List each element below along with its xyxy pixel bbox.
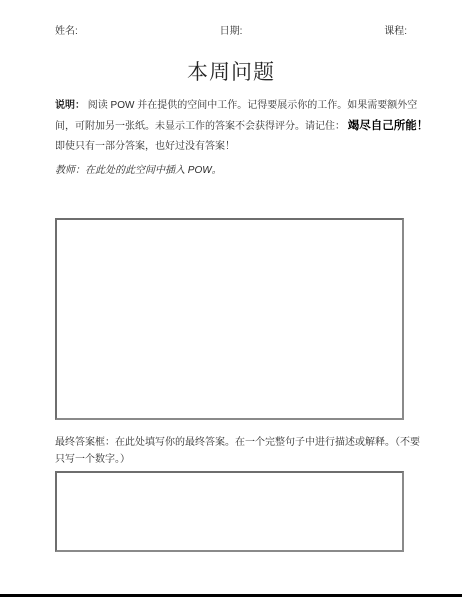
instructions-line-2: 间，可附加另一张纸。未显示工作的答案不会获得评分。请记住： 竭尽自己所能！: [55, 116, 407, 137]
instructions-line-1: 说明： 阅读 POW 并在提供的空间中工作。记得要展示你的工作。如果需要额外空: [55, 96, 407, 116]
emphasis-text: 竭尽自己所能！: [348, 120, 429, 132]
instructions-line-1-text: 阅读 POW 并在提供的空间中工作。记得要展示你的工作。如果需要额外空: [88, 100, 417, 111]
page-title: 本周问题: [55, 60, 407, 86]
instructions-paragraph: 说明： 阅读 POW 并在提供的空间中工作。记得要展示你的工作。如果需要额外空 …: [55, 96, 407, 157]
name-label: 姓名:: [55, 26, 78, 38]
header-row: 姓名: 日期: 课程:: [55, 26, 407, 38]
final-answer-label-line-1: 最终答案框：在此处填写你的最终答案。在一个完整句子中进行描述或解释。（不要: [55, 434, 407, 451]
instructions-label: 说明：: [55, 100, 85, 111]
final-answer-box[interactable]: [55, 471, 404, 552]
instructions-line-3: 即使只有一部分答案，也好过没有答案！: [55, 137, 407, 157]
page-bottom-edge: [0, 594, 462, 597]
teacher-note: 教师：在此处的此空间中插入 POW。: [55, 161, 407, 181]
worksheet-page: 姓名: 日期: 课程: 本周问题 说明： 阅读 POW 并在提供的空间中工作。记…: [0, 0, 462, 600]
instructions-line-2-text: 间，可附加另一张纸。未显示工作的答案不会获得评分。请记住：: [55, 121, 345, 132]
final-answer-label: 最终答案框：在此处填写你的最终答案。在一个完整句子中进行描述或解释。（不要 只写…: [55, 434, 407, 468]
date-label: 日期:: [220, 26, 243, 38]
final-answer-label-line-2: 只写一个数字。）: [55, 451, 407, 468]
pow-work-area-box[interactable]: [55, 218, 404, 420]
course-label: 课程:: [384, 26, 407, 38]
